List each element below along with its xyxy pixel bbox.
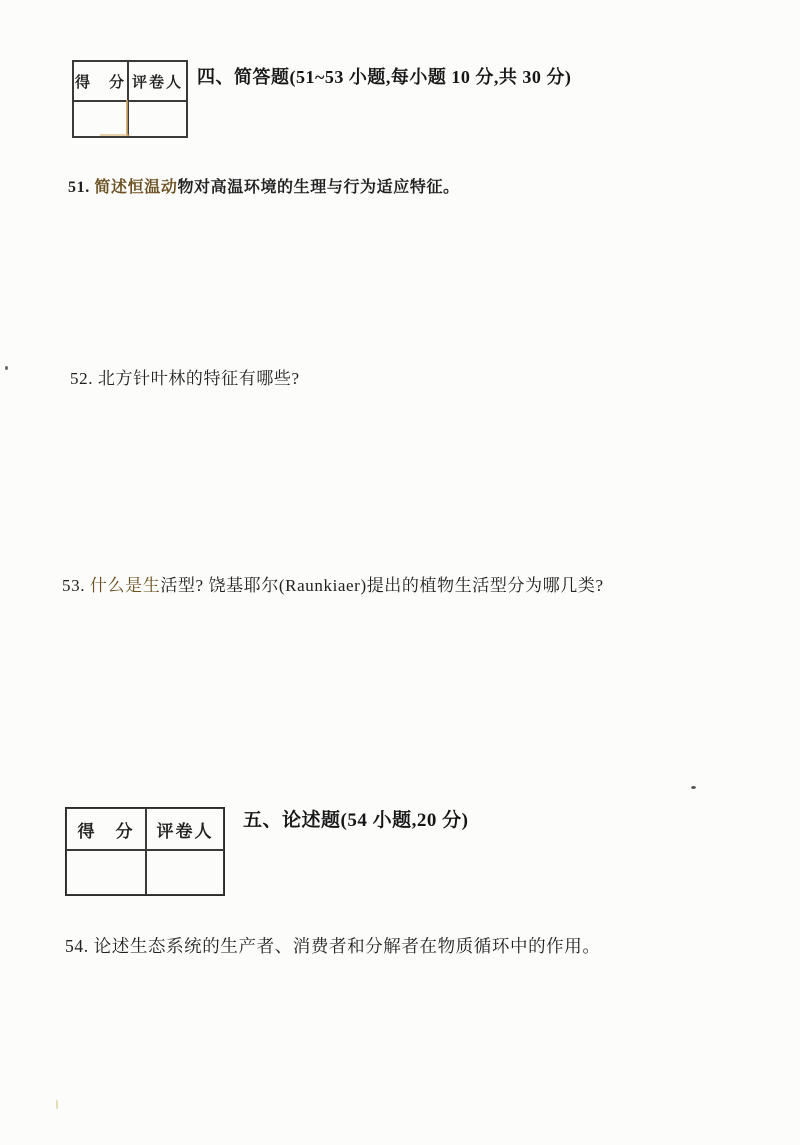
score-table-section-4: 得 分 评卷人 (72, 60, 188, 138)
score-header-cell: 得 分 (73, 61, 128, 101)
question-52-number: 52. (70, 369, 93, 388)
grader-header-cell: 评卷人 (146, 808, 224, 850)
grader-header-cell: 评卷人 (128, 61, 187, 101)
question-54-text: 论述生态系统的生产者、消费者和分解者在物质循环中的作用。 (94, 936, 601, 956)
question-52-text: 北方针叶林的特征有哪些? (98, 369, 300, 388)
scan-speck (691, 786, 696, 789)
grader-value-cell (146, 850, 224, 895)
question-52: 52. 北方针叶林的特征有哪些? (70, 364, 300, 389)
question-53: 53. 什么是生活型? 饶基耶尔(Raunkiaer)提出的植物生活型分为哪几类… (62, 571, 604, 596)
score-header-cell: 得 分 (66, 808, 146, 850)
scan-tint-artifact (126, 100, 128, 136)
scan-tint-artifact (100, 134, 130, 136)
question-54-number: 54. (65, 936, 89, 956)
score-table-section-5: 得 分 评卷人 (65, 807, 225, 896)
question-53-text: 活型? 饶基耶尔(Raunkiaer)提出的植物生活型分为哪几类? (160, 576, 603, 595)
scan-speck (5, 366, 8, 370)
question-51-tinted-text: 简述恒温动 (94, 179, 177, 196)
question-53-number: 53. (62, 576, 85, 595)
question-51-number: 51. (68, 179, 90, 196)
score-value-cell (66, 850, 146, 895)
section-4-heading: 四、简答题(51~53 小题,每小题 10 分,共 30 分) (197, 63, 571, 89)
question-51-text: 物对高温环境的生理与行为适应特征。 (177, 179, 459, 196)
scan-speck (56, 1100, 58, 1109)
section-5-heading: 五、论述题(54 小题,20 分) (243, 805, 468, 832)
question-54: 54. 论述生态系统的生产者、消费者和分解者在物质循环中的作用。 (65, 933, 600, 958)
score-value-cell (73, 101, 128, 137)
exam-page: 得 分 评卷人 四、简答题(51~53 小题,每小题 10 分,共 30 分) … (0, 0, 800, 1145)
question-53-tinted-text: 什么是生 (90, 576, 160, 595)
question-51: 51. 简述恒温动物对高温环境的生理与行为适应特征。 (68, 174, 460, 197)
grader-value-cell (128, 101, 187, 137)
